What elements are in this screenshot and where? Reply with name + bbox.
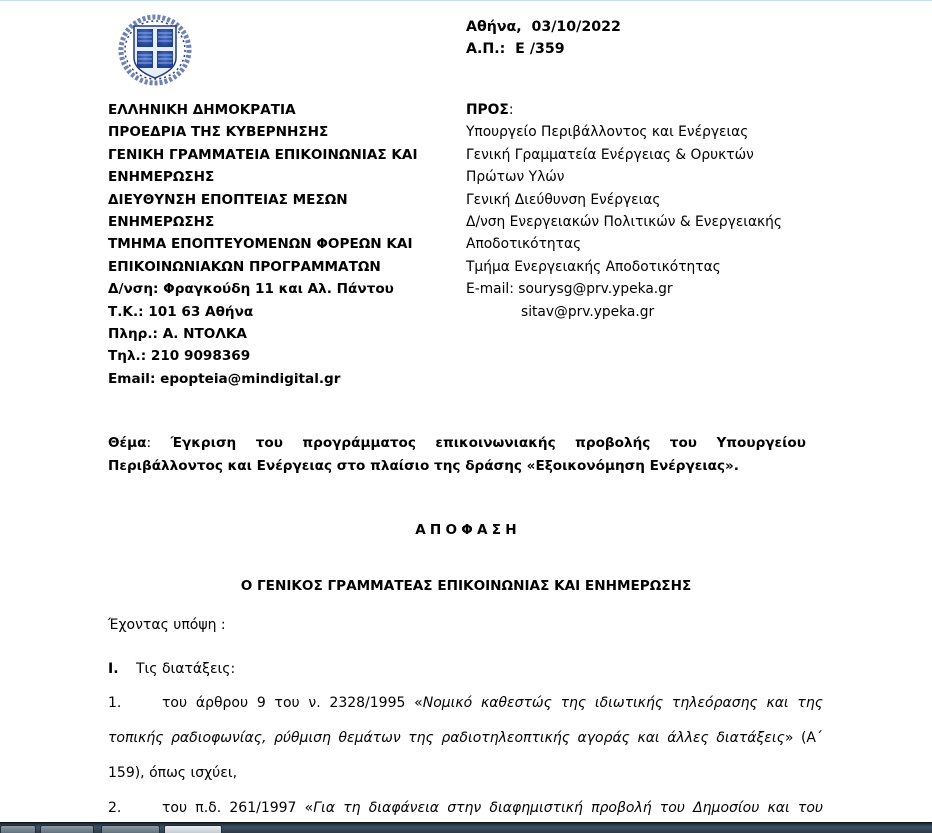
sender-line: ΓΕΝΙΚΗ ΓΡΑΜΜΑΤΕΙΑ ΕΠΙΚΟΙΝΩΝΙΑΣ ΚΑΙ <box>108 144 418 166</box>
issuer-title: Ο ΓΕΝΙΚΟΣ ΓΡΑΜΜΑΤΕΑΣ ΕΠΙΚΟΙΝΩΝΙΑΣ ΚΑΙ ΕΝ… <box>0 578 932 594</box>
text-word: στην <box>447 800 481 816</box>
text-word: ν. <box>308 695 320 711</box>
subject-label-text: Θέμα <box>108 435 146 451</box>
text-word: Δημοσίου <box>693 800 759 816</box>
sender-line: ΕΝΗΜΕΡΩΣΗΣ <box>108 211 418 233</box>
item-number: 1. <box>108 695 121 711</box>
recipient-line: Γενική Γραμματεία Ενέργειας & Ορυκτών <box>466 144 782 166</box>
sender-line: ΕΛΛΗΝΙΚΗ ΔΗΜΟΚΡΑΤΙΑ <box>108 99 418 121</box>
considering-text: Έχοντας υπόψη : <box>108 617 226 633</box>
protocol-number: Α.Π.: Ε /359 <box>466 38 621 60</box>
text-word: 261/1997 <box>229 800 296 816</box>
text-word: (Α΄ <box>801 730 823 746</box>
taskbar-button[interactable] <box>40 825 94 833</box>
text-word: της <box>561 695 587 711</box>
sender-line: ΕΝΗΜΕΡΩΣΗΣ <box>108 166 418 188</box>
recipient-email-line-2: sitav@prv.ypeka.gr <box>466 301 782 323</box>
item-1-line-3: 159), όπως ισχύει, <box>108 765 237 781</box>
text-word: της <box>408 730 434 746</box>
taskbar-button[interactable] <box>101 825 160 833</box>
text-word: καθεστώς <box>481 695 552 711</box>
recipient-email-link[interactable]: sitav@prv.ypeka.gr <box>521 304 654 320</box>
item-1-line-2: τοπικήςραδιοφωνίας,ρύθμισηθεμάτωντηςραδι… <box>108 730 823 746</box>
item-number: 2. <box>108 800 121 816</box>
text-word: του <box>660 800 685 816</box>
sender-line: ΔΙΕΥΘΥΝΣΗ ΕΠΟΠΤΕΙΑΣ ΜΕΣΩΝ <box>108 189 418 211</box>
text-word: ραδιοφωνίας, <box>171 730 266 746</box>
text-word: άλλες <box>667 730 709 746</box>
subject-line-1: Θέμα:Έγκρισητουπρογράμματοςεπικοινωνιακή… <box>108 432 806 455</box>
sender-line: Δ/νση: Φραγκούδη 11 και Αλ. Πάντου <box>108 278 418 300</box>
item-1-line-1: τουάρθρου9τουν.2328/1995«Νομικόκαθεστώςτ… <box>162 695 823 711</box>
sender-line: Email: epopteia@mindigital.gr <box>108 368 418 390</box>
recipient-block: ΠΡΟΣ: Υπουργείο Περιβάλλοντος και Ενέργε… <box>466 99 782 323</box>
recipient-line: Πρώτων Υλών <box>466 166 782 188</box>
sender-line: ΤΜΗΜΑ ΕΠΟΠΤΕΥΟΜΕΝΩΝ ΦΟΡΕΩΝ ΚΑΙ <box>108 233 418 255</box>
text-word: του <box>162 695 187 711</box>
text-word: διατάξεις <box>716 730 785 746</box>
quote-mark: « <box>414 695 423 711</box>
date-line: Αθήνα, 03/10/2022 <box>466 16 621 38</box>
text-word: π.δ. <box>195 800 221 816</box>
text-word: διατάξεις» <box>716 730 793 746</box>
text-word: 9 <box>257 695 266 711</box>
subject-word: επικοινωνιακής <box>435 432 555 455</box>
text-word: άρθρου <box>196 695 248 711</box>
coat-of-arms-icon <box>116 12 194 88</box>
text-word: τη <box>343 800 360 816</box>
text-word: «Για <box>305 800 335 816</box>
date-protocol-block: Αθήνα, 03/10/2022 Α.Π.: Ε /359 <box>466 16 621 60</box>
subject-colon: : <box>146 435 151 451</box>
text-word: του <box>798 800 823 816</box>
text-word: του <box>162 800 187 816</box>
text-word: θεμάτων <box>338 730 400 746</box>
taskbar-button[interactable] <box>0 825 36 833</box>
text-word: ραδιοτηλεοπτικής <box>441 730 570 746</box>
sender-line: ΠΡΟΕΔΡΙΑ ΤΗΣ ΚΥΒΕΡΝΗΣΗΣ <box>108 121 418 143</box>
sender-line: ΕΠΙΚΟΙΝΩΝΙΑΚΩΝ ΠΡΟΓΡΑΜΜΑΤΩΝ <box>108 256 418 278</box>
subject-word: Υπουργείου <box>716 432 806 455</box>
recipient-line: Τμήμα Ενεργειακής Αποδοτικότητας <box>466 256 782 278</box>
text-word: ιδιωτικής <box>595 695 663 711</box>
item-2-line-1: τουπ.δ.261/1997«Γιατηδιαφάνειαστηνδιαφημ… <box>162 800 823 816</box>
subject-label: Θέμα: <box>108 432 151 455</box>
section-heading: Τις διατάξεις: <box>136 661 235 677</box>
text-word: Για <box>313 800 335 816</box>
recipient-line: Αποδοτικότητας <box>466 233 782 255</box>
text-word: και <box>637 730 659 746</box>
text-word: «Νομικό <box>414 695 472 711</box>
decision-title: ΑΠΟΦΑΣΗ <box>0 522 932 538</box>
recipient-lines: Υπουργείο Περιβάλλοντος και ΕνέργειαςΓεν… <box>466 121 782 278</box>
text-word: διαφάνεια <box>369 800 439 816</box>
section-numeral: I. <box>108 661 119 677</box>
sender-line: Πληρ.: Α. ΝΤΟΛΚΑ <box>108 323 418 345</box>
text-word: και <box>766 695 788 711</box>
text-word: διαφημιστική <box>489 800 582 816</box>
text-word: και <box>767 800 789 816</box>
recipient-line: Υπουργείο Περιβάλλοντος και Ενέργειας <box>466 121 782 143</box>
text-word: 2328/1995 <box>329 695 405 711</box>
recipient-line: Δ/νση Ενεργειακών Πολιτικών & Ενεργειακή… <box>466 211 782 233</box>
recipient-heading: ΠΡΟΣ: <box>466 99 782 121</box>
subject-block: Θέμα:Έγκρισητουπρογράμματοςεπικοινωνιακή… <box>108 432 806 478</box>
subject-word: του <box>256 432 283 455</box>
taskbar <box>0 822 932 833</box>
text-word: της <box>797 695 823 711</box>
subject-word: Έγκριση <box>171 432 237 455</box>
subject-word: προβολής <box>575 432 650 455</box>
recipient-line: Γενική Διεύθυνση Ενέργειας <box>466 189 782 211</box>
sender-block: ΕΛΛΗΝΙΚΗ ΔΗΜΟΚΡΑΤΙΑΠΡΟΕΔΡΙΑ ΤΗΣ ΚΥΒΕΡΝΗΣ… <box>108 99 418 390</box>
sender-line: Τηλ.: 210 9098369 <box>108 345 418 367</box>
text-word: τηλεόρασης <box>672 695 758 711</box>
taskbar-button-active[interactable] <box>164 825 222 833</box>
text-word: προβολή <box>591 800 652 816</box>
subject-line-2: Περιβάλλοντος και Ενέργειας στο πλαίσιο … <box>108 455 806 478</box>
text-word: ρύθμιση <box>274 730 331 746</box>
sender-line: Τ.Κ.: 101 63 Αθήνα <box>108 301 418 323</box>
subject-word: του <box>670 432 697 455</box>
quote-mark: « <box>305 800 314 816</box>
text-word: του <box>275 695 300 711</box>
recipient-email-link[interactable]: sourysg@prv.ypeka.gr <box>518 281 672 297</box>
recipient-email-line: E-mail: sourysg@prv.ypeka.gr <box>466 278 782 300</box>
text-word: τοπικής <box>108 730 164 746</box>
text-word: Νομικό <box>423 695 473 711</box>
text-word: αγοράς <box>577 730 629 746</box>
subject-word: προγράμματος <box>302 432 416 455</box>
quote-mark: » <box>785 730 794 746</box>
document-page: Αθήνα, 03/10/2022 Α.Π.: Ε /359 ΕΛΛΗΝΙΚΗ … <box>0 0 932 822</box>
